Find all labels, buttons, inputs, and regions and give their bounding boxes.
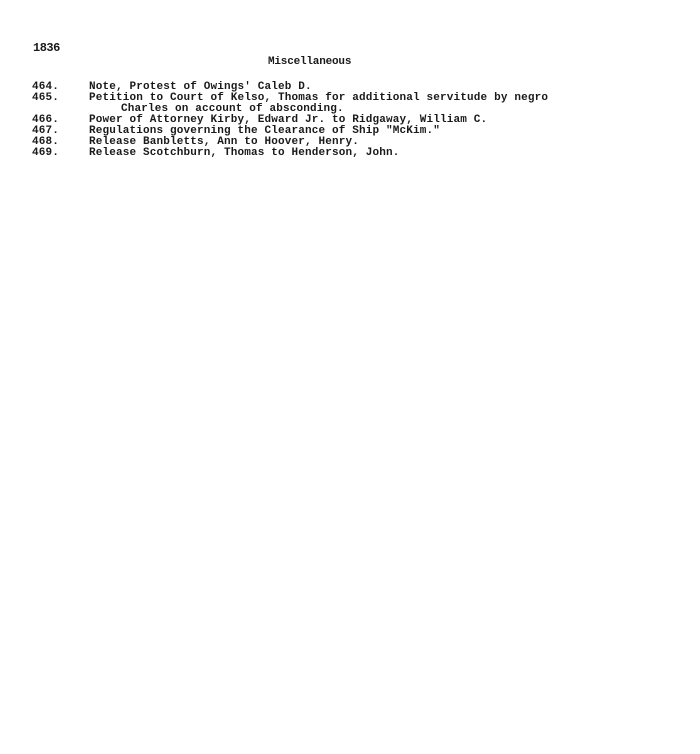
entry-number: 465. [32, 93, 59, 104]
list-item: 469. Release Scotchburn, Thomas to Hende… [32, 148, 672, 159]
entry-list: 464. Note, Protest of Owings' Caleb D. 4… [32, 82, 672, 159]
document-page: 1836 Miscellaneous 464. Note, Protest of… [0, 0, 700, 754]
section-title: Miscellaneous [268, 56, 351, 68]
entry-number: 469. [32, 148, 59, 159]
entry-text: Release Scotchburn, Thomas to Henderson,… [89, 148, 400, 159]
page-year: 1836 [33, 41, 60, 55]
list-item: 465. Petition to Court of Kelso, Thomas … [32, 93, 672, 115]
